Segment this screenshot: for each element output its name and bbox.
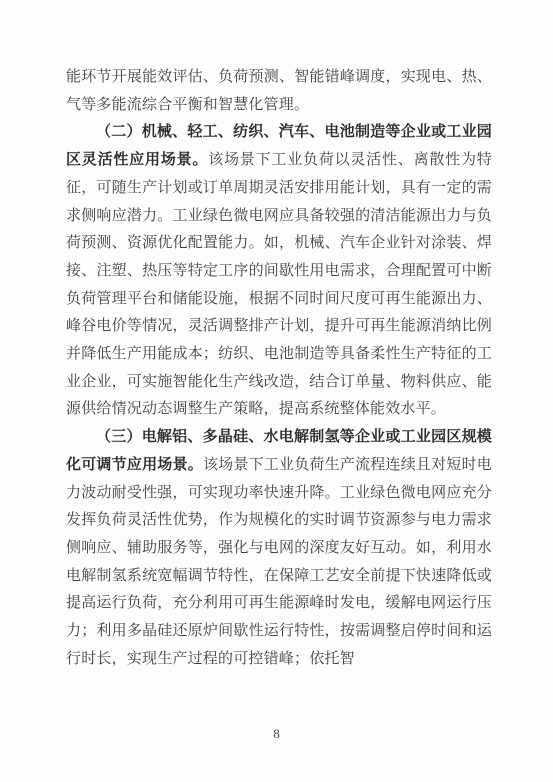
page-number: 8	[0, 726, 553, 742]
section-2-body: 该场景下工业负荷以灵活性、离散性为特征，可随生产计划或订单周期灵活安排用能计划，…	[66, 152, 492, 417]
body-text: 能环节开展能效评估、负荷预测、智能错峰调度，实现电、热、气等多能流综合平衡和智慧…	[66, 64, 492, 673]
document-page: 能环节开展能效评估、负荷预测、智能错峰调度，实现电、热、气等多能流综合平衡和智慧…	[0, 0, 553, 782]
section-3-body: 该场景下工业负荷生产流程连续且对短时电力波动耐受性强，可实现功率快速升降。工业绿…	[66, 457, 492, 667]
paragraph-continuation: 能环节开展能效评估、负荷预测、智能错峰调度，实现电、热、气等多能流综合平衡和智慧…	[66, 64, 492, 119]
paragraph-section-2: （二）机械、轻工、纺织、汽车、电池制造等企业或工业园区灵活性应用场景。该场景下工…	[66, 119, 492, 424]
paragraph-section-3: （三）电解铝、多晶硅、水电解制氢等企业或工业园区规模化可调节应用场景。该场景下工…	[66, 424, 492, 673]
paragraph-text: 能环节开展能效评估、负荷预测、智能错峰调度，实现电、热、气等多能流综合平衡和智慧…	[66, 69, 492, 113]
